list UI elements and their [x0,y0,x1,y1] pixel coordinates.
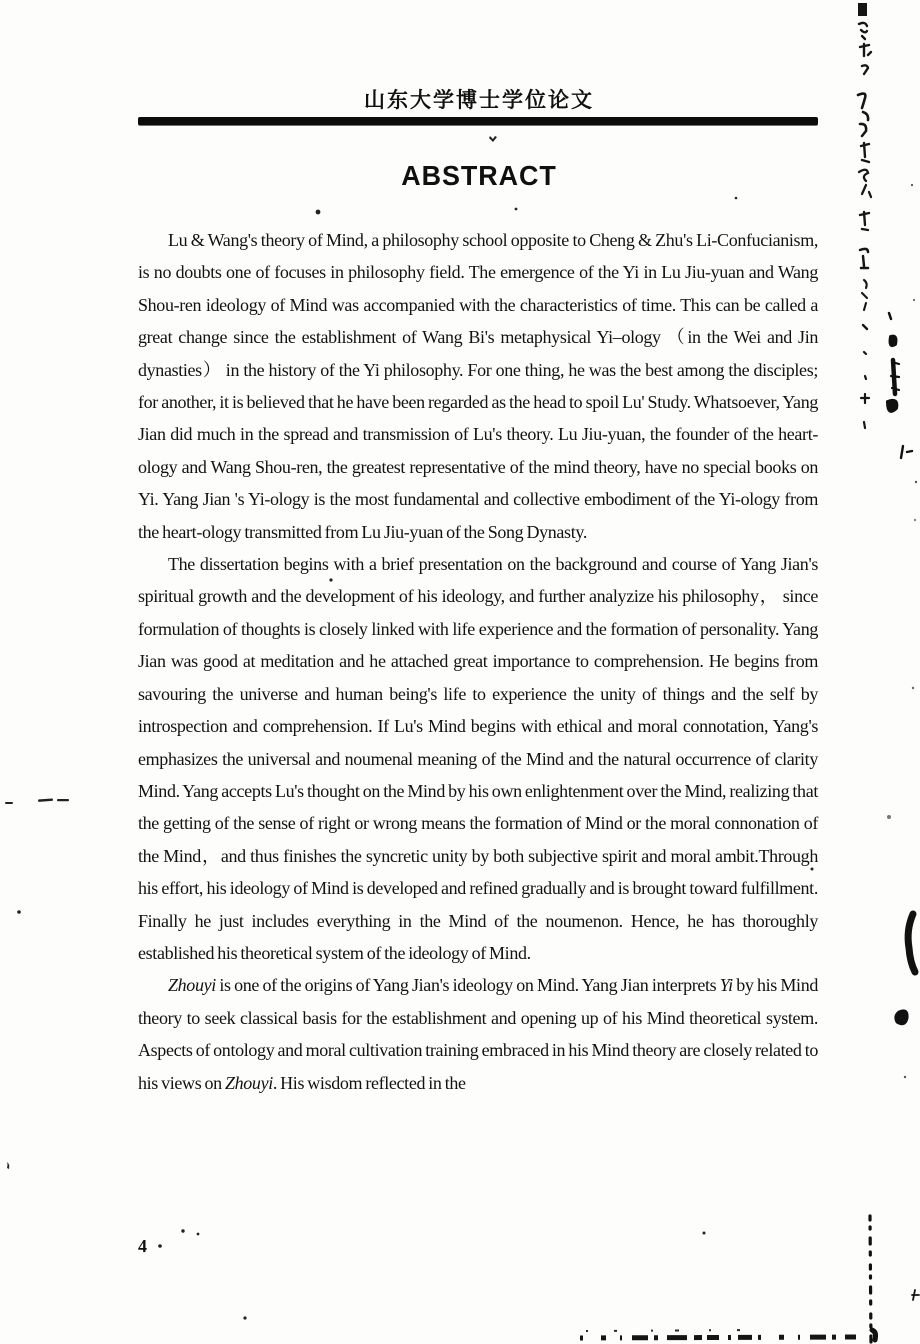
paragraph-text: The dissertation begins with a brief pre… [138,554,818,963]
page-number: 4 [138,1236,147,1257]
paragraph-text: is one of the origins of Yang Jian's ide… [216,975,720,995]
abstract-paragraph: Lu & Wang's theory of Mind, a philosophy… [138,224,818,548]
abstract-paragraph: The dissertation begins with a brief pre… [138,548,818,969]
italic-term: Zhouyi [168,975,216,995]
page-title: ABSTRACT [154,160,805,192]
bottom-dashed-scan-bar [580,1330,856,1338]
right-edge-ink-blobs [870,313,919,1344]
right-margin-handwriting-marks [858,3,871,428]
italic-term: Yi [720,975,733,995]
paragraph-text: Lu & Wang's theory of Mind, a philosophy… [138,230,818,542]
paragraph-text: . His wisdom reflected in the [273,1073,466,1093]
running-header: 山东大学博士学位论文 [140,84,818,114]
italic-term: Zhouyi [225,1073,273,1093]
abstract-body: Lu & Wang's theory of Mind, a philosophy… [138,224,818,1099]
abstract-paragraph: Zhouyi is one of the origins of Yang Jia… [138,969,818,1099]
scanned-dissertation-page: 山东大学博士学位论文 ABSTRACT Lu & Wang's theory o… [0,0,920,1344]
header-rule [138,117,818,125]
